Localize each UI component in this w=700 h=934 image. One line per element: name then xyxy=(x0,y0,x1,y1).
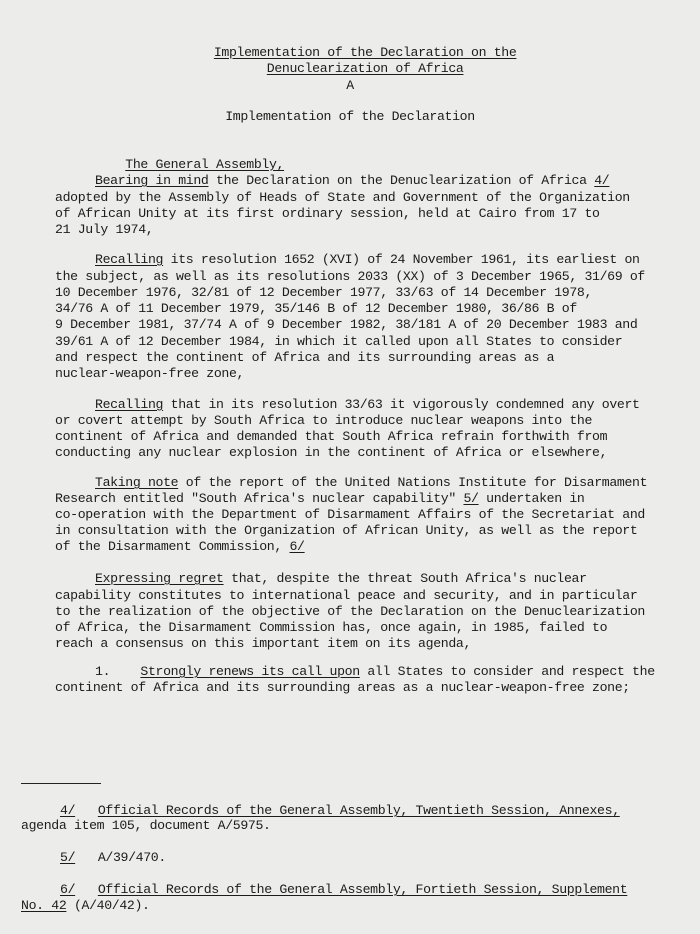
paragraph-recalling-1-line-7: and respect the continent of Africa and … xyxy=(55,350,554,366)
paragraph-expressing-regret-line-4: of Africa, the Disarmament Commission ha… xyxy=(55,620,607,636)
footnote-4-line-1: 4/ Official Records of the General Assem… xyxy=(60,803,620,819)
footnote-6-line-2: No. 42 (A/40/42). xyxy=(21,898,150,914)
spacer xyxy=(75,882,98,897)
paragraph-text: Research entitled "South Africa's nuclea… xyxy=(55,491,463,506)
paragraph-expressing-regret-line-5: reach a consensus on this important item… xyxy=(55,636,471,652)
footnote-divider xyxy=(21,783,101,784)
paragraph-expressing-regret-line-3: to the realization of the objective of t… xyxy=(55,604,645,620)
paragraph-lead: Recalling xyxy=(95,397,163,412)
paragraph-recalling-2-line-2: or covert attempt by South Africa to int… xyxy=(55,413,592,429)
spacer xyxy=(75,803,98,818)
paragraph-recalling-2-line-1: Recalling that in its resolution 33/63 i… xyxy=(95,397,640,413)
paragraph-recalling-1-line-1: Recalling its resolution 1652 (XVI) of 2… xyxy=(95,252,640,268)
footnote-ref-4[interactable]: 4/ xyxy=(594,173,609,188)
footnote-ref-6[interactable]: 6/ xyxy=(289,539,304,554)
footnote-5: 5/ A/39/470. xyxy=(60,850,166,866)
footnote-text: A/39/470. xyxy=(98,850,166,865)
paragraph-taking-note-line-5: of the Disarmament Commission, 6/ xyxy=(55,539,305,555)
footnote-title-suffix: , xyxy=(612,803,620,818)
paragraph-taking-note-line-2: Research entitled "South Africa's nuclea… xyxy=(55,491,585,507)
operative-paragraph-1-line-2: continent of Africa and its surrounding … xyxy=(55,680,630,696)
paragraph-bearing-line-4: 21 July 1974, xyxy=(55,222,153,238)
spacer xyxy=(110,664,140,679)
paragraph-expressing-regret-line-1: Expressing regret that, despite the thre… xyxy=(95,571,587,587)
title-text-2: Denuclearization of Africa xyxy=(267,61,464,76)
footnote-title: Official Records of the General Assembly… xyxy=(98,803,612,818)
paragraph-text: undertaken in xyxy=(479,491,585,506)
paragraph-recalling-1-line-8: nuclear-weapon-free zone, xyxy=(55,366,244,382)
paragraph-lead: Strongly renews its call upon xyxy=(140,664,359,679)
footnote-supplement-number: No. 42 xyxy=(21,898,66,913)
paragraph-bearing-line-2: adopted by the Assembly of Heads of Stat… xyxy=(55,190,630,206)
paragraph-taking-note-line-1: Taking note of the report of the United … xyxy=(95,475,647,491)
footnote-ref-5[interactable]: 5/ xyxy=(463,491,478,506)
paragraph-text: that in its resolution 33/63 it vigorous… xyxy=(163,397,640,412)
operative-number: 1. xyxy=(95,664,110,679)
paragraph-text: of the Disarmament Commission, xyxy=(55,539,289,554)
paragraph-taking-note-line-3: co-operation with the Department of Disa… xyxy=(55,507,645,523)
paragraph-text: that, despite the threat South Africa's … xyxy=(224,571,587,586)
paragraph-text: its resolution 1652 (XVI) of 24 November… xyxy=(163,252,640,267)
paragraph-recalling-1-line-5: 9 December 1981, 37/74 A of 9 December 1… xyxy=(55,317,637,333)
paragraph-text: all States to consider and respect the xyxy=(360,664,655,679)
footnote-marker-6: 6/ xyxy=(60,882,75,897)
footnote-marker-4: 4/ xyxy=(60,803,75,818)
paragraph-lead: Bearing in mind xyxy=(95,173,208,188)
paragraph-recalling-1-line-4: 34/76 A of 11 December 1979, 35/146 B of… xyxy=(55,301,577,317)
footnote-marker-5: 5/ xyxy=(60,850,75,865)
paragraph-bearing-line-1: Bearing in mind the Declaration on the D… xyxy=(95,173,609,189)
paragraph-recalling-1-line-3: 10 December 1976, 32/81 of 12 December 1… xyxy=(55,285,592,301)
paragraph-text: the Declaration on the Denuclearization … xyxy=(208,173,594,188)
paragraph-taking-note-line-4: in consultation with the Organization of… xyxy=(55,523,637,539)
section-title: Implementation of the Declaration xyxy=(0,109,700,125)
operative-paragraph-1-line-1: 1. Strongly renews its call upon all Sta… xyxy=(95,664,655,680)
paragraph-recalling-2-line-3: continent of Africa and demanded that So… xyxy=(55,429,607,445)
spacer xyxy=(75,850,98,865)
footnote-title: Official Records of the General Assembly… xyxy=(98,882,627,897)
paragraph-recalling-1-line-6: 39/61 A of 12 December 1984, in which it… xyxy=(55,334,622,350)
paragraph-text: of the report of the United Nations Inst… xyxy=(178,475,647,490)
paragraph-expressing-regret-line-2: capability constitutes to international … xyxy=(55,588,637,604)
section-letter: A xyxy=(0,78,700,94)
paragraph-bearing-line-3: of African Unity at its first ordinary s… xyxy=(55,206,600,222)
paragraph-recalling-2-line-4: conducting any nuclear explosion in the … xyxy=(55,445,607,461)
document-page: Implementation of the Declaration on the… xyxy=(0,0,700,934)
footnote-text: (A/40/42). xyxy=(66,898,149,913)
footnote-6-line-1: 6/ Official Records of the General Assem… xyxy=(60,882,627,898)
paragraph-recalling-1-line-2: the subject, as well as its resolutions … xyxy=(55,269,645,285)
assembly-text: The General Assembly, xyxy=(125,157,284,172)
paragraph-lead: Taking note xyxy=(95,475,178,490)
paragraph-lead: Expressing regret xyxy=(95,571,224,586)
paragraph-lead: Recalling xyxy=(95,252,163,267)
footnote-4-line-2: agenda item 105, document A/5975. xyxy=(21,818,271,834)
